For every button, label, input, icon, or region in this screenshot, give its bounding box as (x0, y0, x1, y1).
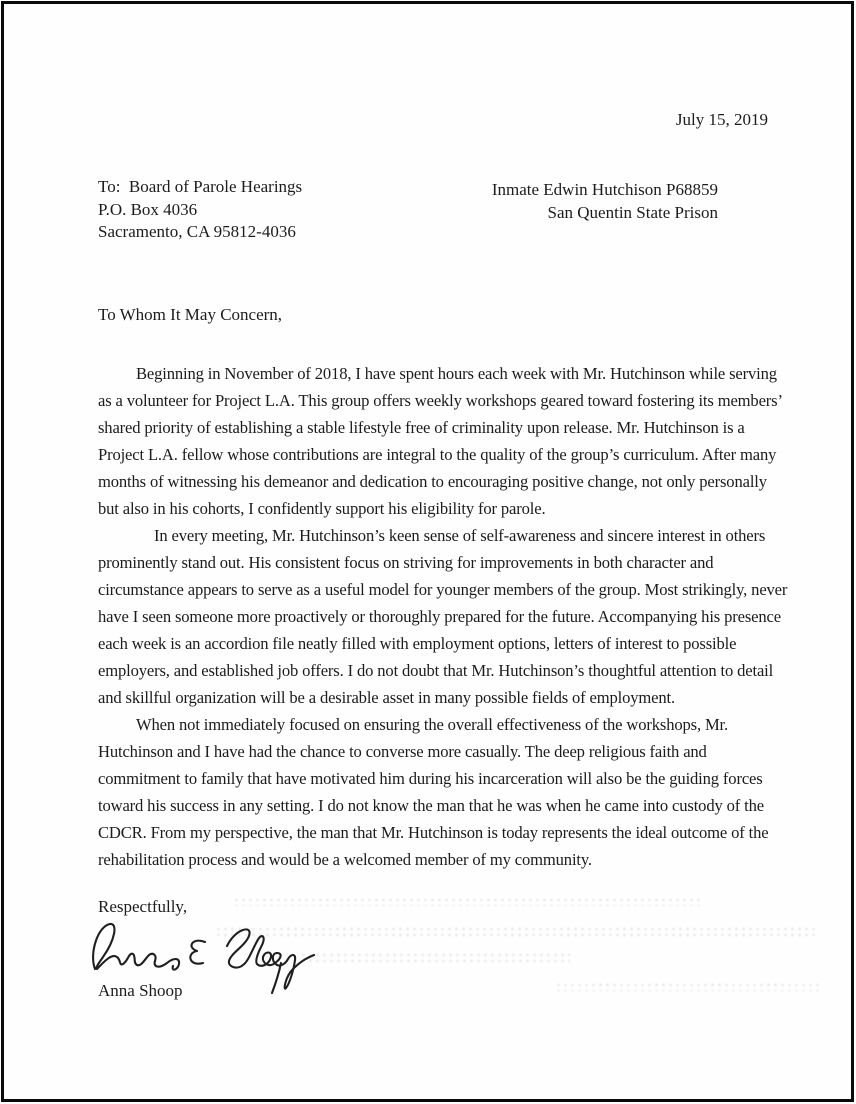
letter-line: toward his success in any setting. I do … (98, 792, 770, 819)
paragraph-1: Beginning in November of 2018, I have sp… (98, 360, 770, 522)
letter-line: and skillful organization will be a desi… (98, 684, 770, 711)
letter-date: July 15, 2019 (676, 110, 768, 130)
inmate-institution: San Quentin State Prison (492, 201, 718, 224)
paragraph-2: In every meeting, Mr. Hutchinson’s keen … (98, 522, 770, 711)
recipient-line: To: Board of Parole Hearings (98, 176, 302, 199)
paragraph-3: When not immediately focused on ensuring… (98, 711, 770, 873)
letter-line: Beginning in November of 2018, I have sp… (98, 360, 770, 387)
recipient-address: To: Board of Parole Hearings P.O. Box 40… (98, 176, 302, 244)
letter-body: Beginning in November of 2018, I have sp… (98, 360, 770, 873)
letter-line: shared priority of establishing a stable… (98, 414, 770, 441)
letter-line: Project L.A. fellow whose contributions … (98, 441, 770, 468)
letter-line: as a volunteer for Project L.A. This gro… (98, 387, 770, 414)
bleed-through-text (300, 952, 570, 962)
inmate-address: Inmate Edwin Hutchison P68859 San Quenti… (492, 178, 718, 224)
scanned-letter-page: July 15, 2019 To: Board of Parole Hearin… (0, 0, 856, 1104)
letter-line: prominently stand out. His consistent fo… (98, 549, 770, 576)
letter-line: months of witnessing his demeanor and de… (98, 468, 770, 495)
letter-line: employers, and established job offers. I… (98, 657, 770, 684)
recipient-line: Sacramento, CA 95812-4036 (98, 221, 302, 244)
inmate-name-number: Inmate Edwin Hutchison P68859 (492, 178, 718, 201)
bleed-through-text (233, 897, 703, 906)
letter-line: CDCR. From my perspective, the man that … (98, 819, 770, 846)
letter-line: rehabilitation process and would be a we… (98, 846, 770, 873)
typed-signature-name: Anna Shoop (98, 981, 183, 1001)
letter-line: circumstance appears to serve as a usefu… (98, 576, 770, 603)
letter-line: In every meeting, Mr. Hutchinson’s keen … (98, 522, 770, 549)
letter-line: When not immediately focused on ensuring… (98, 711, 770, 738)
bleed-through-text (215, 926, 815, 937)
bleed-through-text (555, 982, 820, 991)
letter-line: have I seen someone more proactively or … (98, 603, 770, 630)
salutation: To Whom It May Concern, (98, 305, 282, 325)
letter-line: Hutchinson and I have had the chance to … (98, 738, 770, 765)
letter-line: commitment to family that have motivated… (98, 765, 770, 792)
letter-line: but also in his cohorts, I confidently s… (98, 495, 770, 522)
recipient-line: P.O. Box 4036 (98, 199, 302, 222)
letter-line: each week is an accordion file neatly fi… (98, 630, 770, 657)
